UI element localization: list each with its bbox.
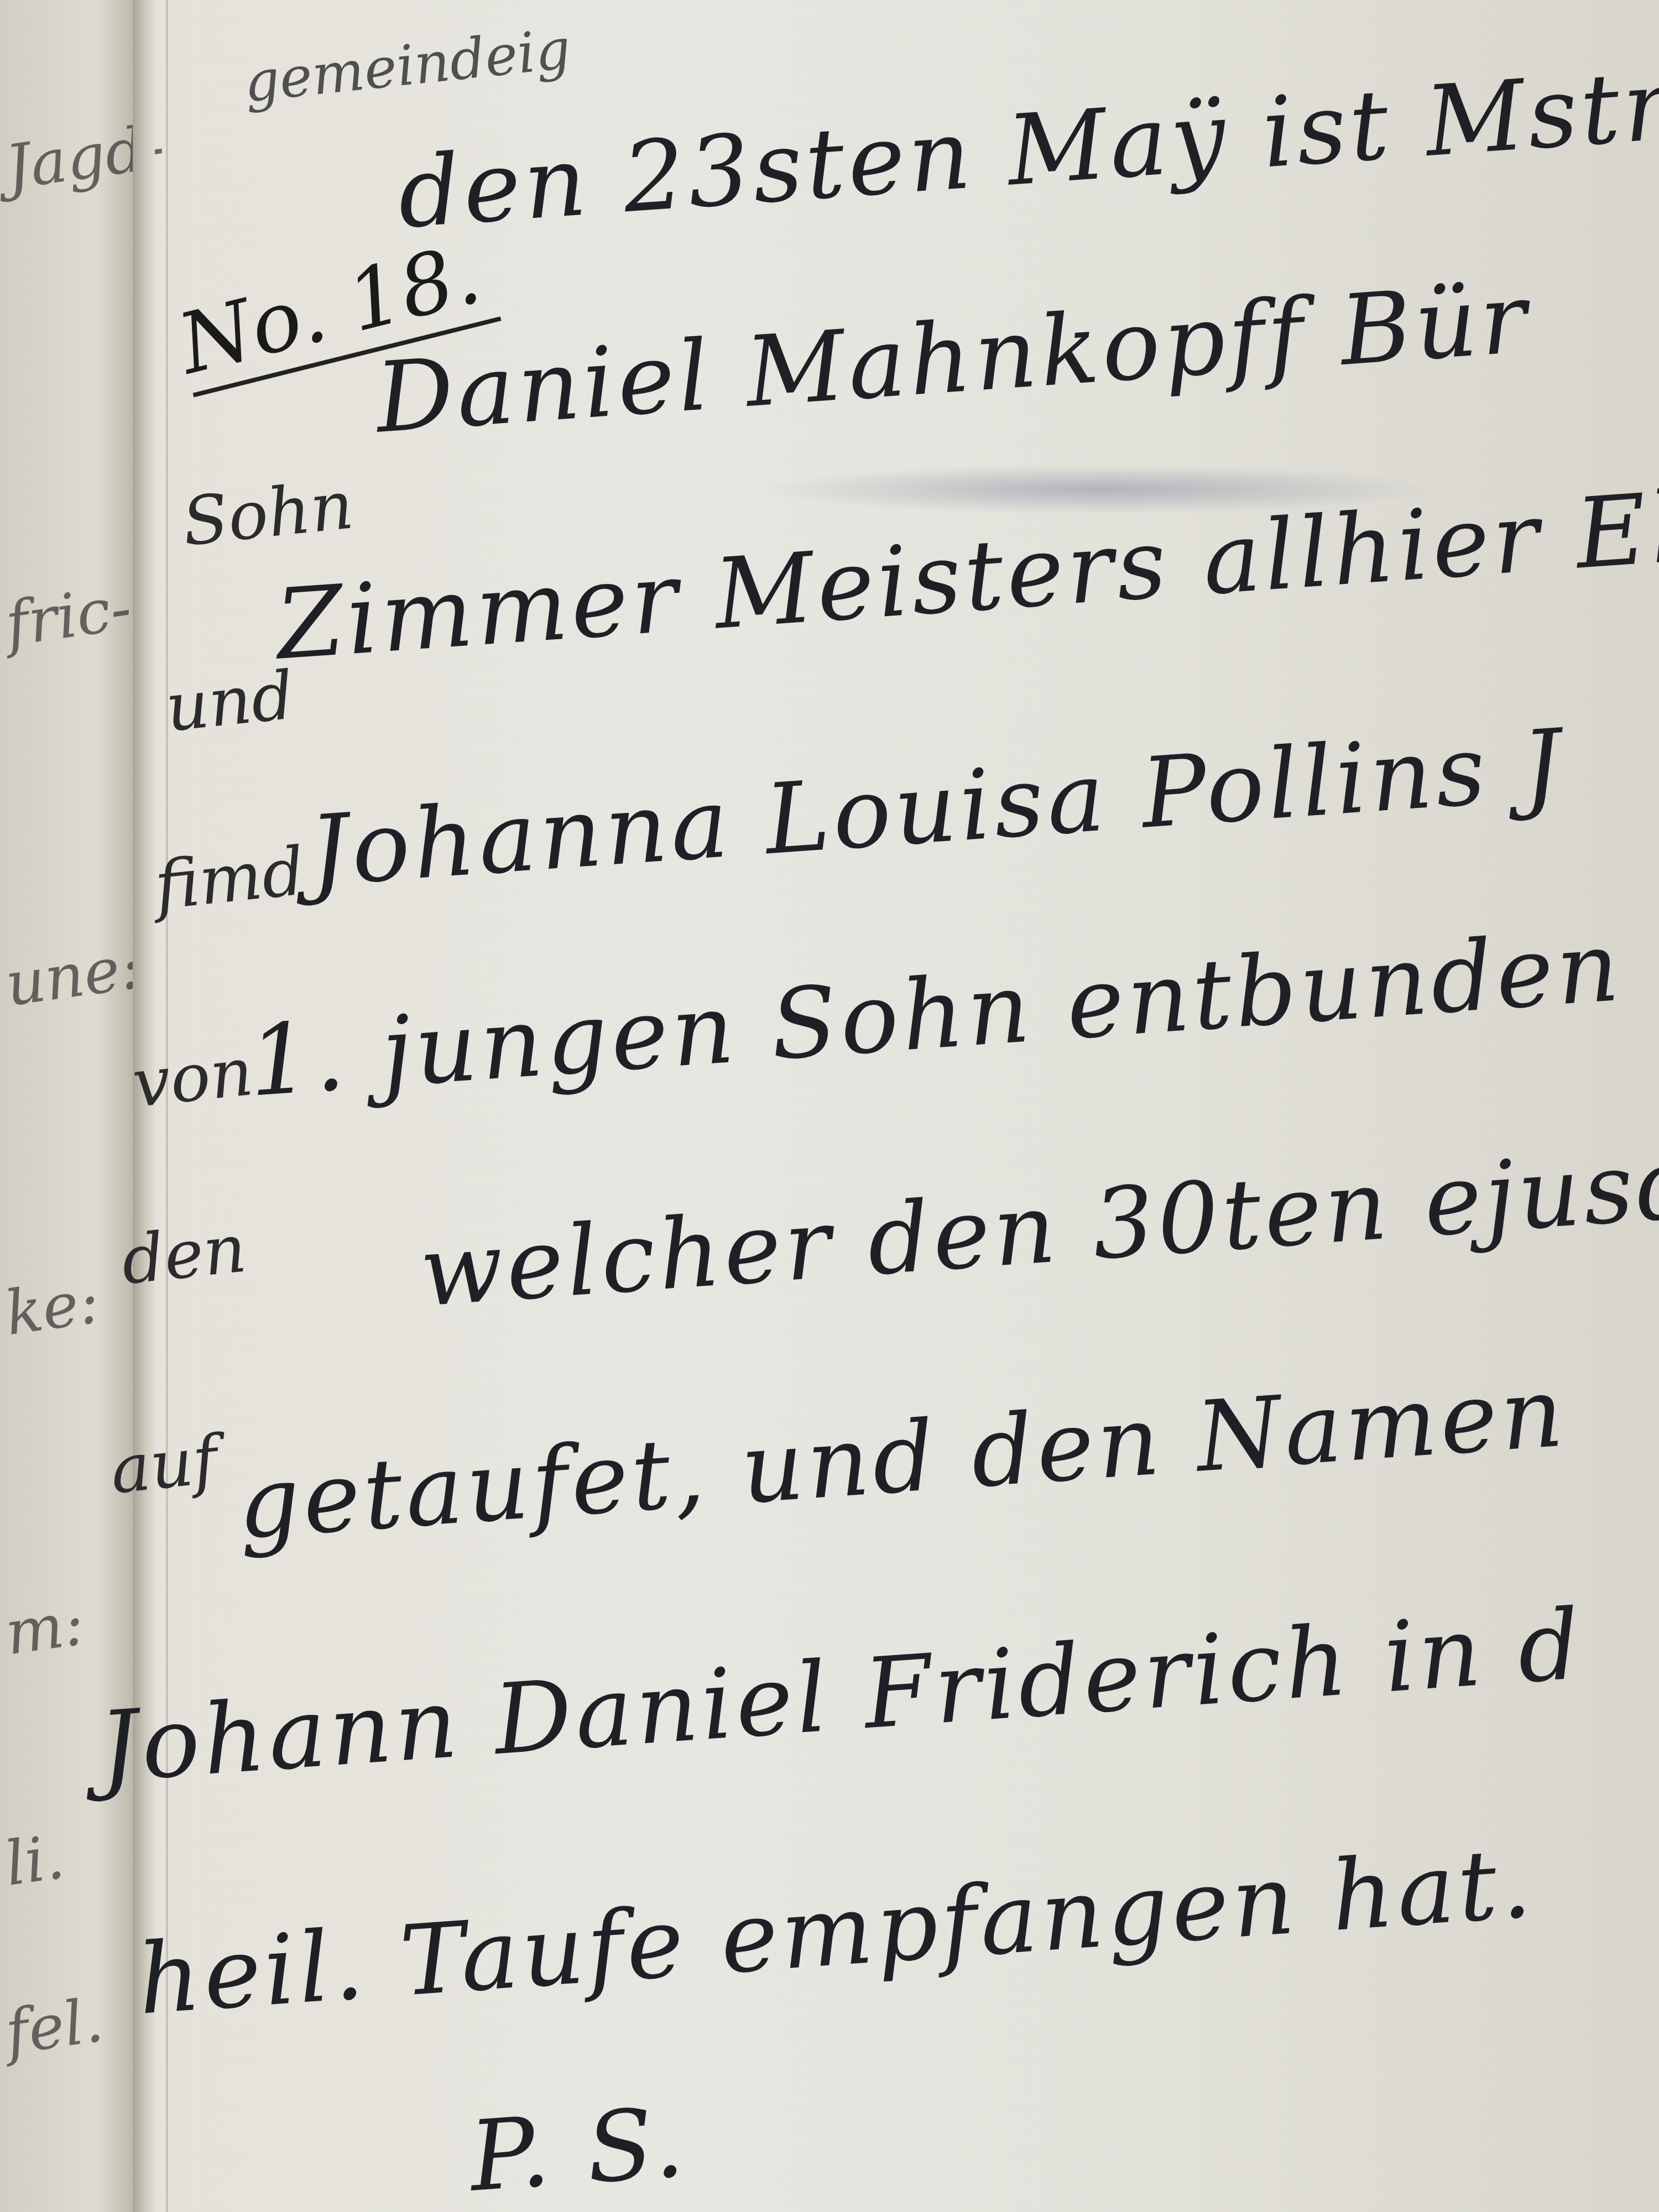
margin-note: und: [162, 657, 298, 747]
register-line: P. S.: [466, 2086, 691, 2212]
register-line: Johann Daniel Friderich in d: [96, 1589, 1587, 1804]
top-fragment: gemeindeig: [241, 16, 574, 114]
register-line: den 23sten Maÿ ist Mstr. G: [394, 40, 1659, 251]
register-line: 1. jungen Sohn entbunden: [245, 911, 1626, 1119]
left-page-fragment: fel.: [1, 1984, 107, 2068]
left-page: Jagd- fric- une: ke: m: li. fel.: [0, 0, 138, 2212]
register-line: welcher den 30ten ejusdem: [416, 1117, 1659, 1329]
margin-note: von: [129, 1034, 257, 1123]
document-photo: Jagd- fric- une: ke: m: li. fel. gemeind…: [0, 0, 1659, 2212]
margin-note: den: [118, 1211, 249, 1300]
margin-note: auf: [107, 1421, 221, 1509]
register-line: Johanna Louisa Pollins J: [306, 709, 1568, 909]
left-page-fragment: ke:: [1, 1266, 103, 1349]
register-line: Daniel Mahnkopff Bür: [372, 262, 1533, 455]
register-line: heil. Taufe empfangen hat.: [134, 1827, 1538, 2037]
left-page-fragment: li.: [1, 1821, 69, 1899]
register-line: getaufet, und den Namen: [234, 1356, 1570, 1561]
margin-note: Sohn: [179, 467, 357, 561]
left-page-fragment: m:: [1, 1588, 88, 1668]
left-page-fragment: une:: [1, 931, 144, 1020]
margin-note: fimd: [151, 833, 308, 925]
left-page-fragment: fric-: [1, 572, 135, 660]
